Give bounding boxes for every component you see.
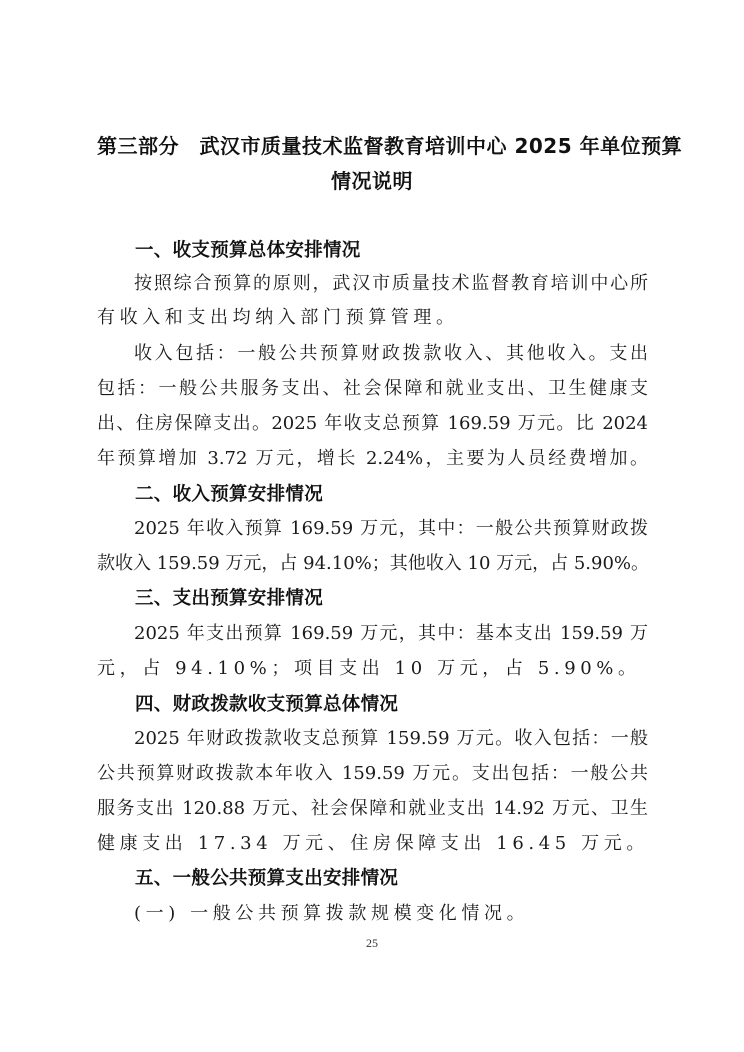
section-4-line-2: 公共预算财政拨款本年收入 159.59 万元。支出包括：一般公共 [97, 759, 648, 785]
section-1-paragraph-2-line-4: 年预算增加 3.72 万元，增长 2.24%，主要为人员经费增加。 [97, 444, 648, 470]
section-4-line-1: 2025 年财政拨款收支总预算 159.59 万元。收入包括：一般 [134, 724, 648, 750]
section-1-paragraph-1-line-1: 按照综合预算的原则，武汉市质量技术监督教育培训中心所 [134, 269, 648, 295]
section-1-paragraph-2-line-1: 收入包括：一般公共预算财政拨款收入、其他收入。支出 [134, 339, 648, 365]
section-1-heading: 一、收支预算总体安排情况 [135, 236, 361, 262]
section-3-line-1: 2025 年支出预算 169.59 万元，其中：基本支出 159.59 万 [134, 619, 648, 645]
section-1-paragraph-1-line-2: 有收入和支出均纳入部门预算管理。 [97, 303, 648, 329]
section-4-line-3: 服务支出 120.88 万元、社会保障和就业支出 14.92 万元、卫生 [97, 794, 648, 820]
page-number: 25 [0, 936, 744, 951]
section-3-line-2: 元，占 94.10%；项目支出 10 万元，占 5.90%。 [97, 654, 648, 680]
section-5-heading: 五、一般公共预算支出安排情况 [135, 864, 398, 890]
section-1-paragraph-2-line-2: 包括：一般公共服务支出、社会保障和就业支出、卫生健康支 [97, 374, 648, 400]
section-4-line-4: 健康支出 17.34 万元、住房保障支出 16.45 万元。 [97, 829, 648, 855]
section-2-line-1: 2025 年收入预算 169.59 万元，其中：一般公共预算财政拨 [134, 514, 648, 540]
section-2-heading: 二、收入预算安排情况 [135, 480, 323, 506]
document-title-line-2: 情况说明 [0, 165, 744, 194]
section-1-paragraph-2-line-3: 出、住房保障支出。2025 年收支总预算 169.59 万元。比 2024 [97, 409, 648, 435]
section-5-subheading-1: (一) 一般公共预算拨款规模变化情况。 [134, 899, 648, 925]
section-2-line-2: 款收入 159.59 万元，占 94.10%；其他收入 10 万元，占 5.90… [97, 549, 648, 575]
document-page: 第三部分 武汉市质量技术监督教育培训中心 2025 年单位预算 情况说明 一、收… [0, 0, 744, 1052]
document-title-line-1: 第三部分 武汉市质量技术监督教育培训中心 2025 年单位预算 [97, 130, 649, 159]
section-3-heading: 三、支出预算安排情况 [135, 584, 323, 610]
section-4-heading: 四、财政拨款收支预算总体情况 [135, 690, 398, 716]
